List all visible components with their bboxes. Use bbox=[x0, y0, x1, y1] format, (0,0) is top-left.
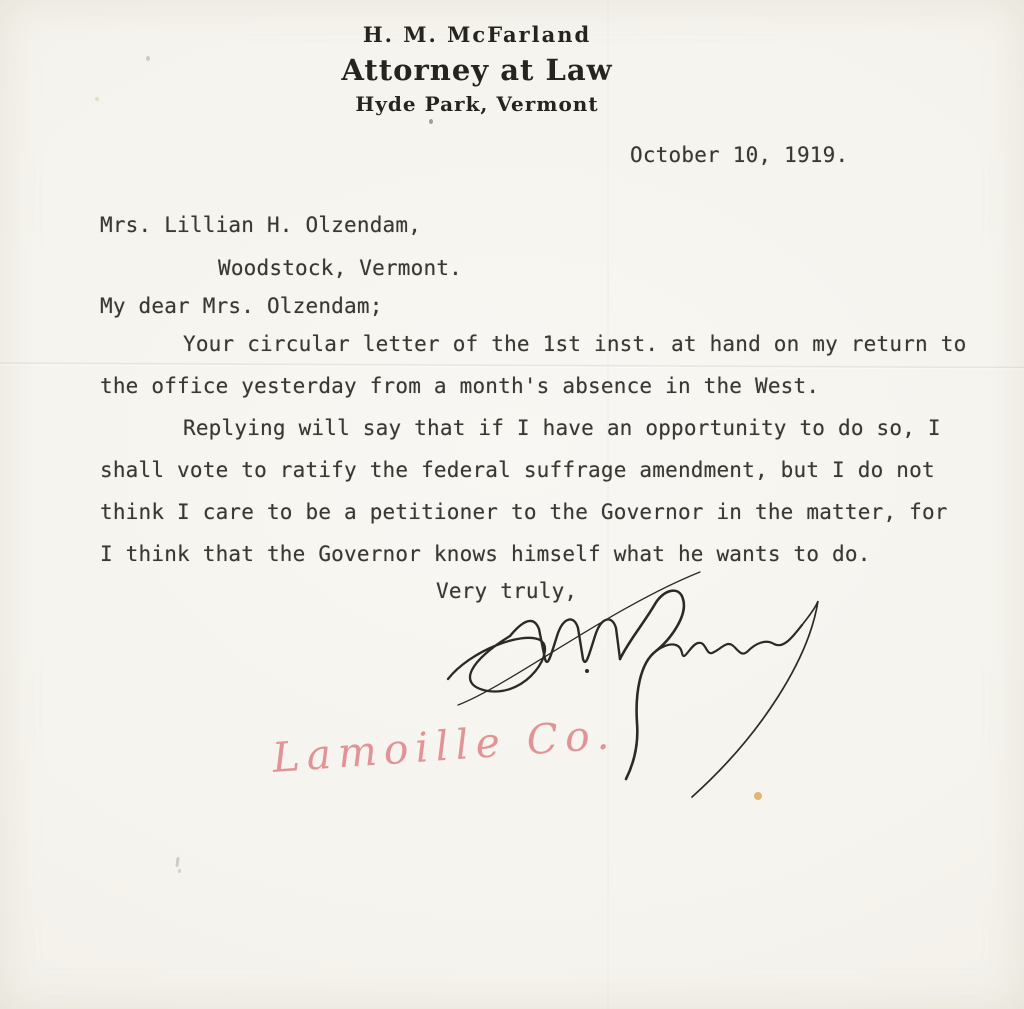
vertical-fold-crease bbox=[607, 0, 609, 1009]
handwritten-signature bbox=[430, 563, 830, 808]
salutation-line: My dear Mrs. Olzendam; bbox=[100, 294, 383, 318]
letterhead-location: Hyde Park, Vermont bbox=[327, 92, 627, 116]
faint-pencil-mark bbox=[175, 857, 179, 867]
signature-period-dot bbox=[585, 669, 589, 673]
ink-speck bbox=[429, 119, 433, 124]
recipient-city-line: Woodstock, Vermont. bbox=[218, 256, 462, 280]
paper-speck bbox=[146, 56, 150, 61]
body-line: Your circular letter of the 1st inst. at… bbox=[183, 332, 966, 356]
letterhead: H. M. McFarland Attorney at Law Hyde Par… bbox=[327, 22, 627, 116]
body-line: shall vote to ratify the federal suffrag… bbox=[100, 458, 935, 482]
body-line: think I care to be a petitioner to the G… bbox=[100, 500, 948, 524]
horizontal-fold-crease bbox=[0, 362, 1024, 370]
faint-pencil-mark bbox=[178, 869, 181, 873]
letterhead-name: H. M. McFarland bbox=[327, 22, 627, 47]
signature-ink-strokes bbox=[430, 563, 830, 808]
recipient-name-line: Mrs. Lillian H. Olzendam, bbox=[100, 213, 421, 237]
letterhead-title: Attorney at Law bbox=[327, 53, 627, 87]
paper-speck bbox=[95, 97, 99, 101]
body-line: the office yesterday from a month's abse… bbox=[100, 374, 819, 398]
paper-stain-speck bbox=[754, 792, 762, 800]
scanned-letter-page: H. M. McFarland Attorney at Law Hyde Par… bbox=[0, 0, 1024, 1009]
date-line: October 10, 1919. bbox=[630, 143, 848, 167]
body-line: Replying will say that if I have an oppo… bbox=[183, 416, 941, 440]
